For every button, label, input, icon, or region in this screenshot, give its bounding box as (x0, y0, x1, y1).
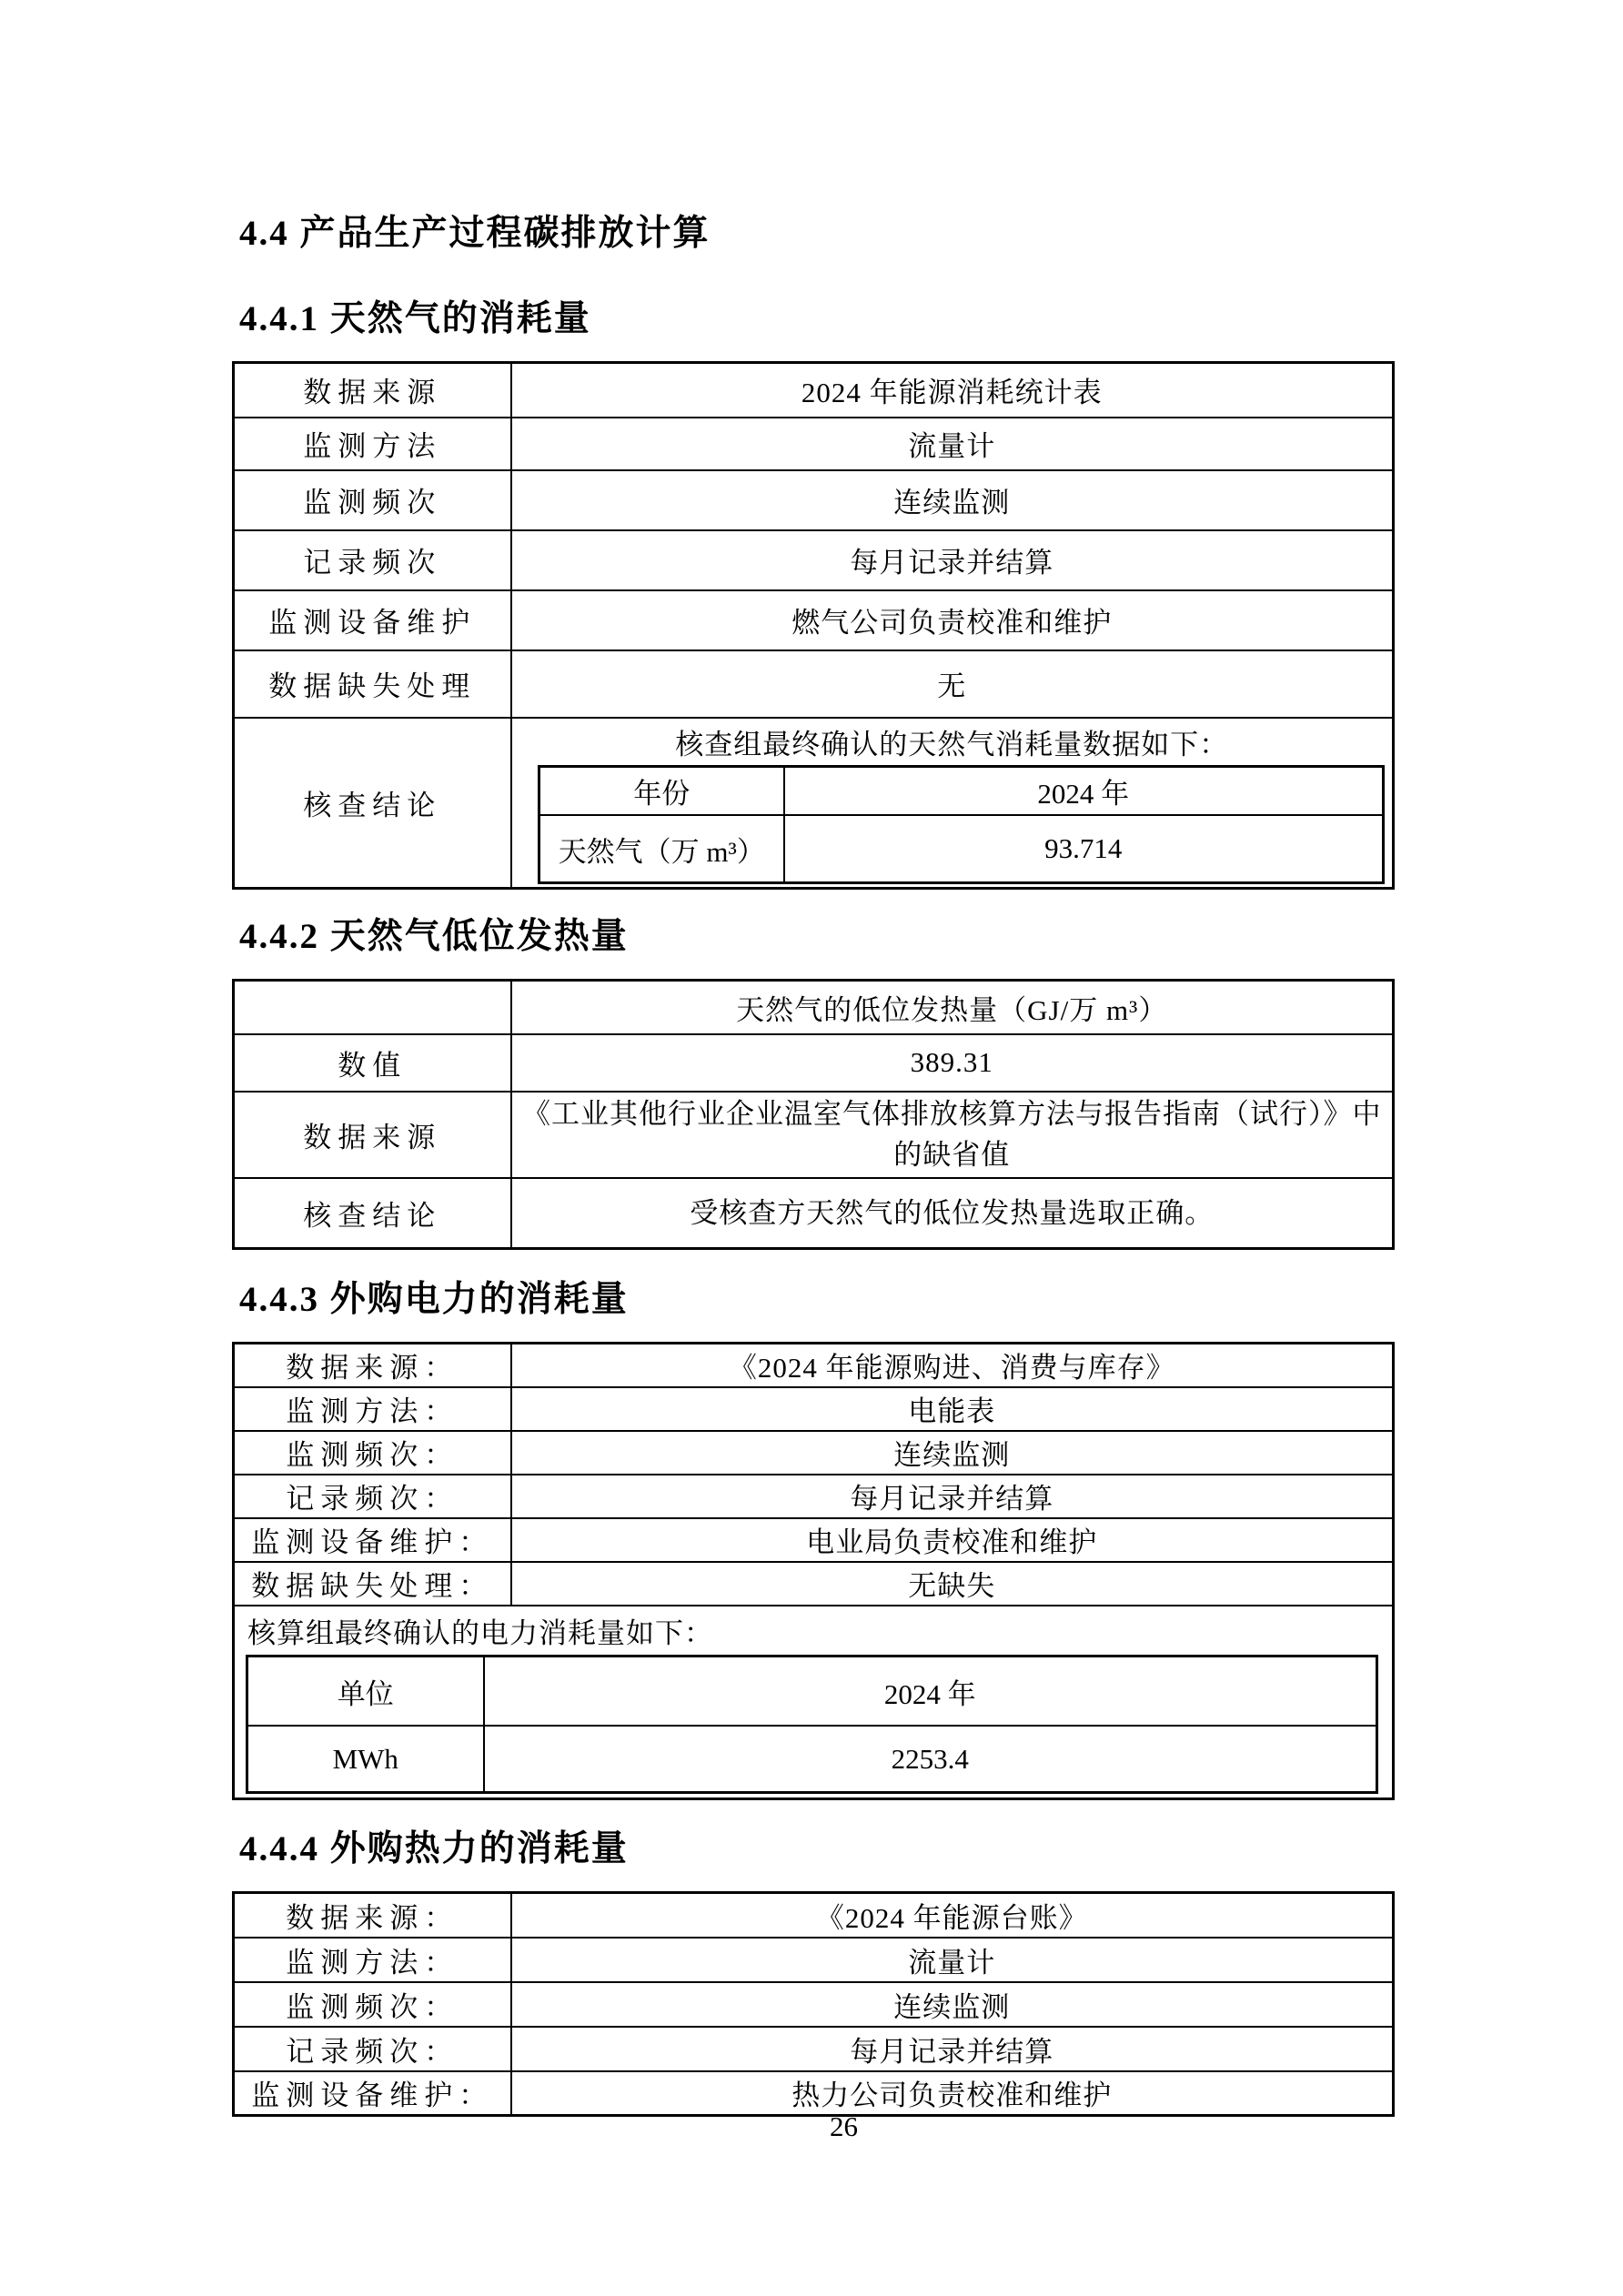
table-row: 监测方法： 流量计 (234, 1938, 1394, 1982)
header-title-cell: 天然气的低位发热量（GJ/万 m³） (511, 981, 1394, 1034)
inner-row-label: 天然气（万 m³） (539, 815, 784, 882)
conclusion-intro-text: 核查组最终确认的天然气消耗量数据如下： (512, 721, 1393, 765)
row-label: 数据来源 (234, 363, 511, 418)
row-label: 监测设备维护： (234, 2071, 511, 2116)
table-row: 数据来源 《工业其他行业企业温室气体排放核算方法与报告指南（试行）》中的缺省值 (234, 1092, 1394, 1178)
row-label: 记录频次 (234, 530, 511, 590)
table-row: 数据来源： 《2024 年能源购进、消费与库存》 (234, 1344, 1394, 1387)
table-row: 监测方法： 电能表 (234, 1387, 1394, 1431)
section-heading-4-4-1: 4.4.1 天然气的消耗量 (239, 297, 1394, 341)
table-header-row: 天然气的低位发热量（GJ/万 m³） (234, 981, 1394, 1034)
row-value: 每月记录并结算 (511, 2027, 1394, 2071)
conclusion-cell: 核查组最终确认的天然气消耗量数据如下： 年份 2024 年 天然气（万 m³） … (511, 718, 1394, 889)
table-row: 监测频次 连续监测 (234, 470, 1394, 530)
row-value: 电能表 (511, 1387, 1394, 1431)
row-label: 监测频次 (234, 470, 511, 530)
row-value: 受核查方天然气的低位发热量选取正确。 (511, 1178, 1394, 1249)
row-label: 数值 (234, 1034, 511, 1092)
section-heading-4-4-3: 4.4.3 外购电力的消耗量 (239, 1278, 1394, 1322)
section-heading-4-4: 4.4 产品生产过程碳排放计算 (239, 212, 1394, 256)
row-value: 2024 年能源消耗统计表 (511, 363, 1394, 418)
row-label: 监测方法 (234, 418, 511, 470)
row-label: 监测设备维护 (234, 590, 511, 650)
purchased-electricity-table: 数据来源： 《2024 年能源购进、消费与库存》 监测方法： 电能表 监测频次：… (232, 1342, 1395, 1800)
row-label: 数据来源 (234, 1092, 511, 1178)
table-row: 单位 2024 年 (247, 1656, 1377, 1726)
purchased-heat-table: 数据来源： 《2024 年能源台账》 监测方法： 流量计 监测频次： 连续监测 … (232, 1891, 1395, 2117)
document-page: 4.4 产品生产过程碳排放计算 4.4.1 天然气的消耗量 数据来源 2024 … (0, 0, 1623, 2296)
table-row: 数值 389.31 (234, 1034, 1394, 1092)
row-value: 流量计 (511, 418, 1394, 470)
row-value: 《2024 年能源台账》 (511, 1893, 1394, 1938)
table-row: 记录频次 每月记录并结算 (234, 530, 1394, 590)
section-heading-4-4-2: 4.4.2 天然气低位发热量 (239, 915, 1394, 959)
section-heading-4-4-4: 4.4.4 外购热力的消耗量 (239, 1828, 1394, 1871)
row-label: 数据缺失处理： (234, 1562, 511, 1606)
table-row: 数据来源 2024 年能源消耗统计表 (234, 363, 1394, 418)
table-row: 记录频次： 每月记录并结算 (234, 1475, 1394, 1518)
table-row: 天然气（万 m³） 93.714 (539, 815, 1383, 882)
inner-row-value: 2253.4 (484, 1726, 1377, 1792)
table-row: 数据缺失处理： 无缺失 (234, 1562, 1394, 1606)
table-row: 监测方法 流量计 (234, 418, 1394, 470)
table-row: 监测设备维护： 热力公司负责校准和维护 (234, 2071, 1394, 2116)
row-label: 监测方法： (234, 1938, 511, 1982)
table-row: 数据来源： 《2024 年能源台账》 (234, 1893, 1394, 1938)
table-row: 监测设备维护： 电业局负责校准和维护 (234, 1518, 1394, 1562)
row-value: 每月记录并结算 (511, 530, 1394, 590)
calorific-value-table: 天然气的低位发热量（GJ/万 m³） 数值 389.31 数据来源 《工业其他行… (232, 979, 1395, 1250)
row-value: 连续监测 (511, 1982, 1394, 2027)
row-label: 监测频次： (234, 1431, 511, 1475)
inner-row-value: 93.714 (784, 815, 1383, 882)
summary-cell: 核算组最终确认的电力消耗量如下： 单位 2024 年 MWh 2253.4 (234, 1606, 1394, 1799)
summary-row: 核算组最终确认的电力消耗量如下： 单位 2024 年 MWh 2253.4 (234, 1606, 1394, 1799)
row-label: 记录频次： (234, 1475, 511, 1518)
natural-gas-consumption-table: 数据来源 2024 年能源消耗统计表 监测方法 流量计 监测频次 连续监测 记录… (232, 361, 1395, 890)
row-label: 记录频次： (234, 2027, 511, 2071)
row-value: 每月记录并结算 (511, 1475, 1394, 1518)
inner-row-value: 2024 年 (784, 766, 1383, 815)
inner-row-label: 单位 (247, 1656, 484, 1726)
row-label: 数据缺失处理 (234, 650, 511, 718)
electricity-inner-table: 单位 2024 年 MWh 2253.4 (246, 1655, 1378, 1794)
summary-text: 核算组最终确认的电力消耗量如下： (235, 1610, 1392, 1655)
row-label: 核查结论 (234, 1178, 511, 1249)
table-row: 数据缺失处理 无 (234, 650, 1394, 718)
header-empty-cell (234, 981, 511, 1034)
inner-row-value: 2024 年 (484, 1656, 1377, 1726)
row-value: 连续监测 (511, 470, 1394, 530)
table-row: 监测设备维护 燃气公司负责校准和维护 (234, 590, 1394, 650)
row-label: 数据来源： (234, 1344, 511, 1387)
row-value: 连续监测 (511, 1431, 1394, 1475)
inner-row-label: 年份 (539, 766, 784, 815)
row-value: 电业局负责校准和维护 (511, 1518, 1394, 1562)
page-number: 26 (830, 2110, 858, 2143)
table-row: 核查结论 受核查方天然气的低位发热量选取正确。 (234, 1178, 1394, 1249)
gas-consumption-inner-table: 年份 2024 年 天然气（万 m³） 93.714 (538, 765, 1385, 884)
row-value: 燃气公司负责校准和维护 (511, 590, 1394, 650)
table-row: 年份 2024 年 (539, 766, 1383, 815)
row-value: 无 (511, 650, 1394, 718)
conclusion-row: 核查结论 核查组最终确认的天然气消耗量数据如下： 年份 2024 年 天然气（万… (234, 718, 1394, 889)
row-label: 监测频次： (234, 1982, 511, 2027)
row-value: 389.31 (511, 1034, 1394, 1092)
row-label: 核查结论 (234, 718, 511, 889)
inner-row-label: MWh (247, 1726, 484, 1792)
row-value: 流量计 (511, 1938, 1394, 1982)
row-label: 数据来源： (234, 1893, 511, 1938)
row-value: 热力公司负责校准和维护 (511, 2071, 1394, 2116)
table-row: MWh 2253.4 (247, 1726, 1377, 1792)
table-row: 监测频次： 连续监测 (234, 1431, 1394, 1475)
row-value: 无缺失 (511, 1562, 1394, 1606)
row-label: 监测方法： (234, 1387, 511, 1431)
row-label: 监测设备维护： (234, 1518, 511, 1562)
row-value: 《2024 年能源购进、消费与库存》 (511, 1344, 1394, 1387)
document-content: 4.4 产品生产过程碳排放计算 4.4.1 天然气的消耗量 数据来源 2024 … (232, 0, 1394, 2117)
row-value: 《工业其他行业企业温室气体排放核算方法与报告指南（试行）》中的缺省值 (511, 1092, 1394, 1178)
table-row: 监测频次： 连续监测 (234, 1982, 1394, 2027)
table-row: 记录频次： 每月记录并结算 (234, 2027, 1394, 2071)
